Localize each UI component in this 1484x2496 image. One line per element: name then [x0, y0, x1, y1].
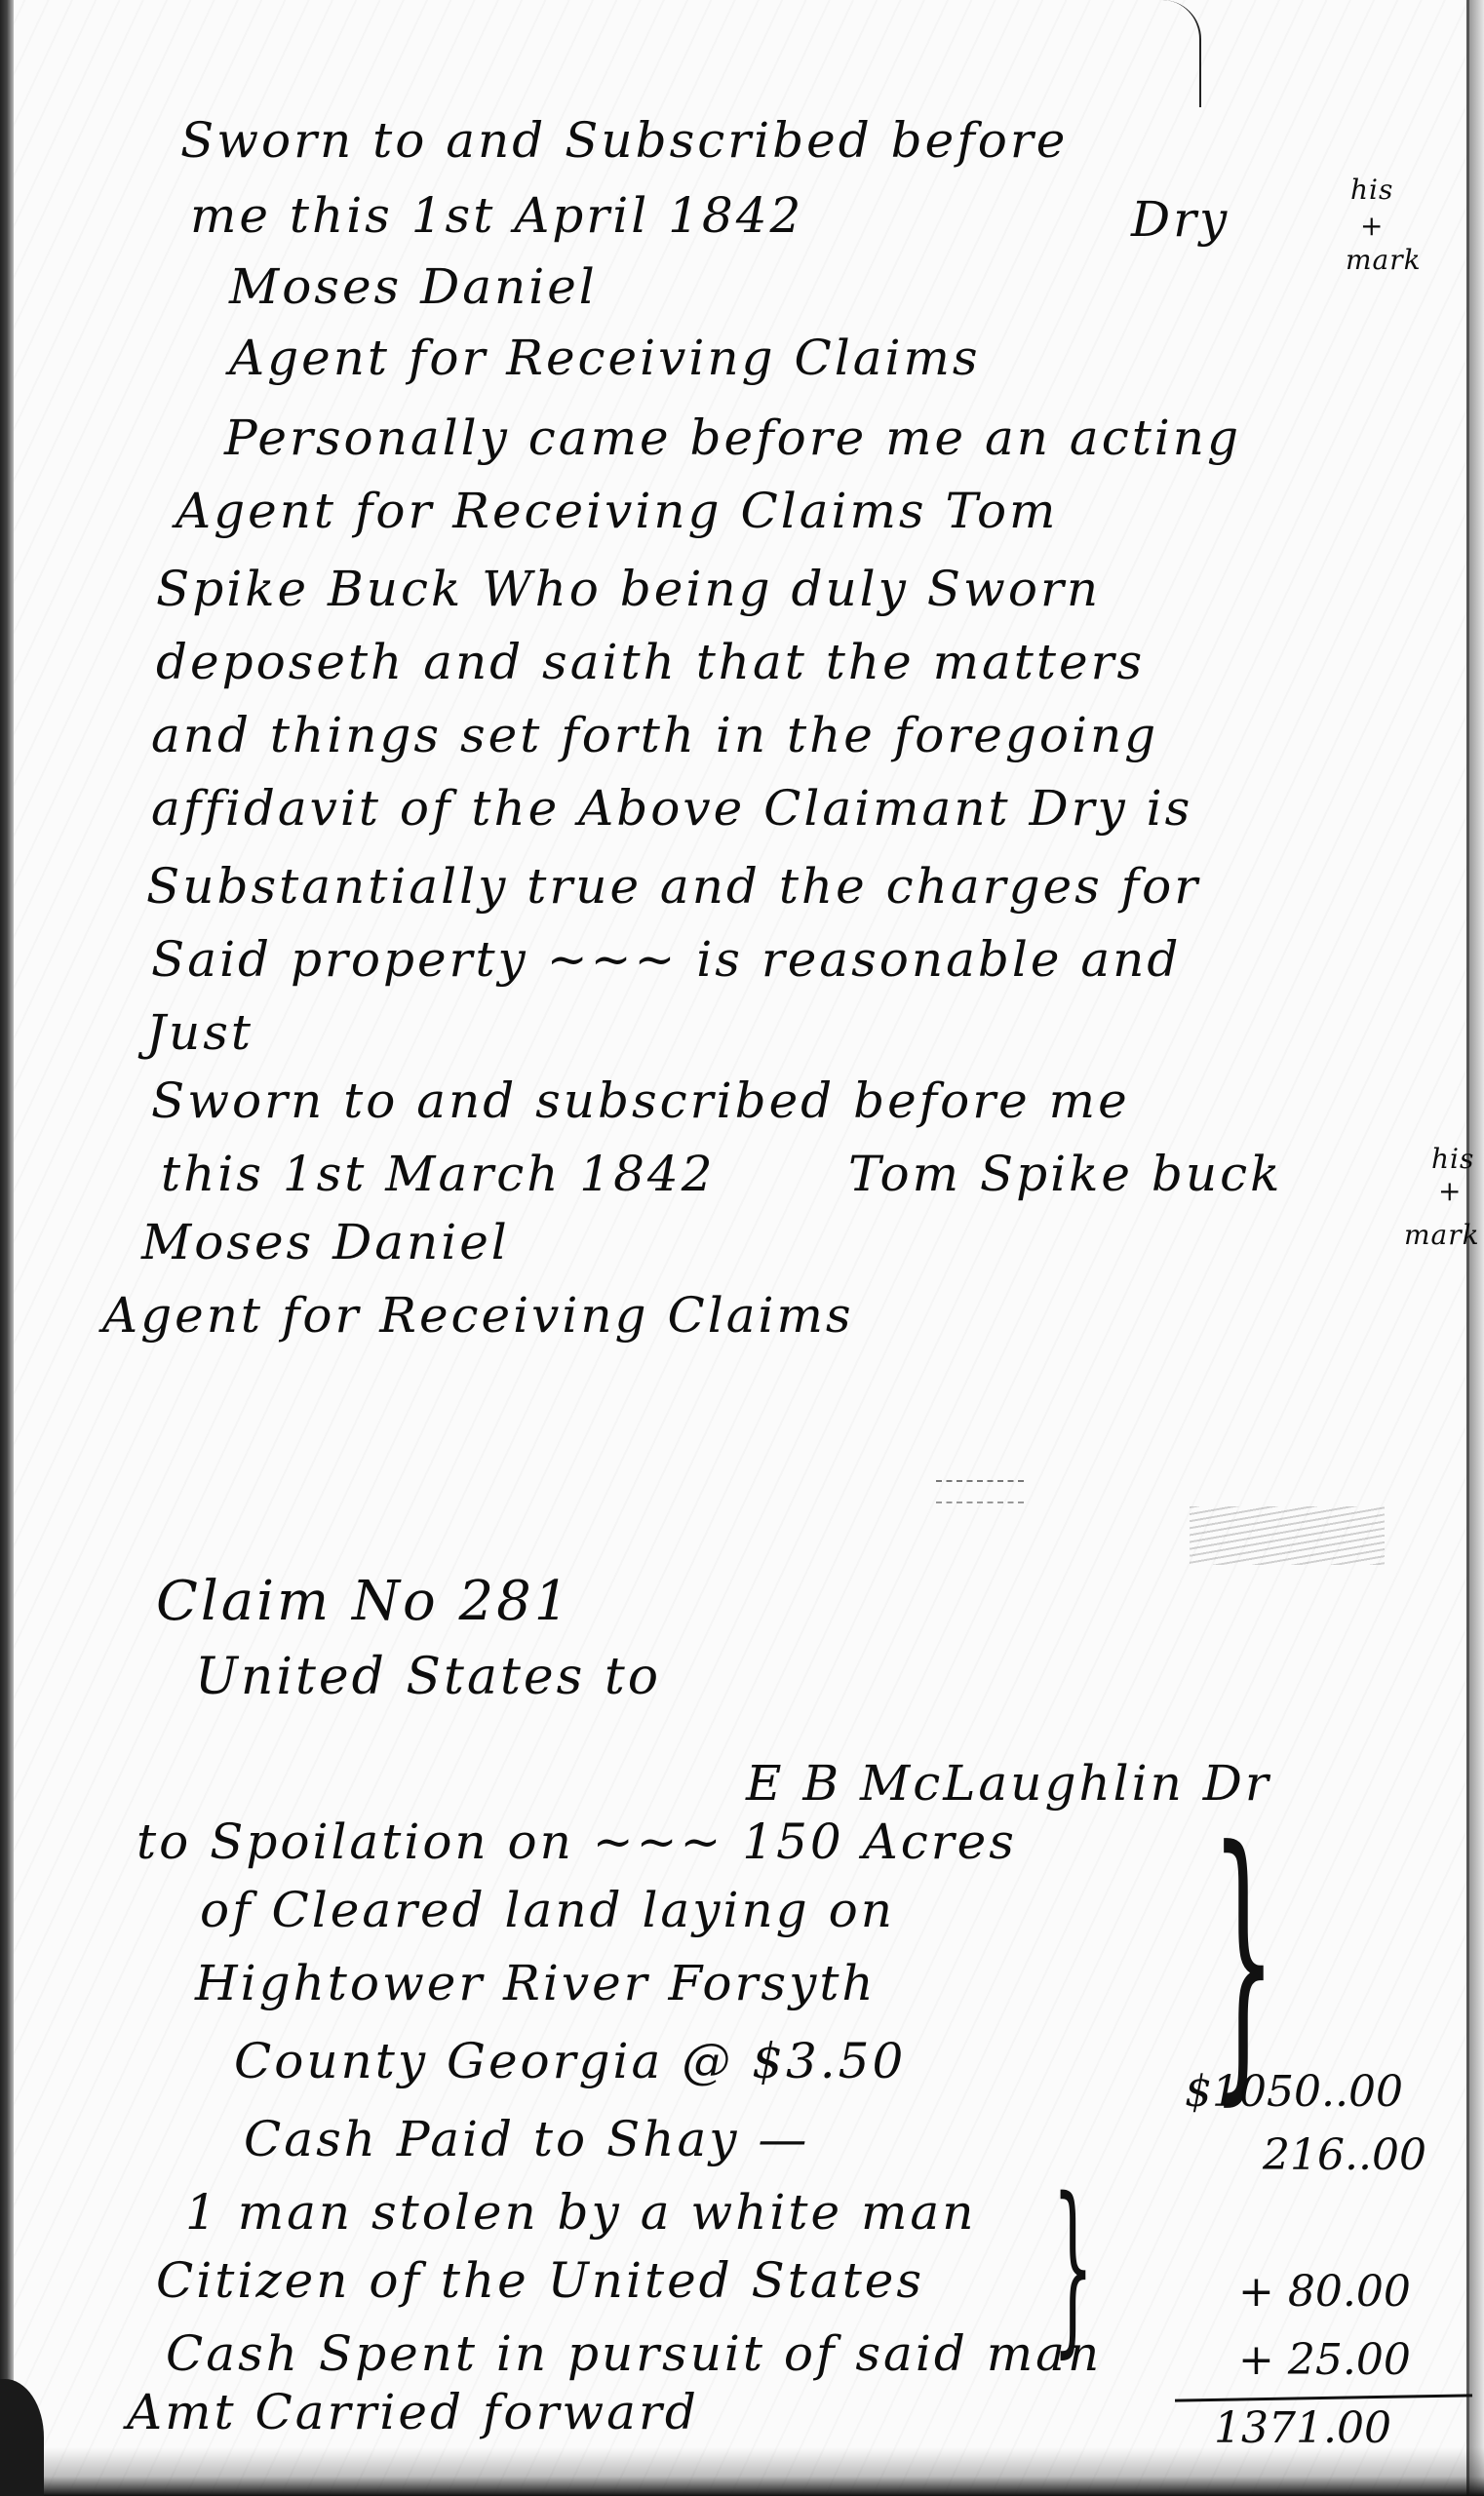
jurat-mark-label-his: his: [1431, 1143, 1474, 1175]
total-rule: [1175, 2394, 1472, 2401]
item-3-line-1: 1 man stolen by a white man: [185, 2184, 976, 2241]
item-3-line-2: Citizen of the United States: [156, 2252, 924, 2309]
item-4-amount: + 25.00: [1238, 2335, 1411, 2385]
pencil-annotation-curve: [1082, 0, 1201, 107]
affidavit-line-2: me this 1st April 1842: [190, 187, 803, 244]
jurat-line-2: this 1st March 1842: [161, 1146, 716, 1202]
item-1-line-1: to Spoilation on ~~~ 150 Acres: [137, 1813, 1017, 1870]
jurat-mark-label-mark: mark: [1404, 1219, 1480, 1251]
agent-line-8: Said property ~~~ is reasonable and: [151, 931, 1181, 988]
mark-label-mark: mark: [1346, 244, 1422, 276]
agent-line-4: deposeth and saith that the matters: [156, 634, 1145, 690]
claim-heading: Claim No 281: [156, 1570, 571, 1633]
affidavit-line-3: Moses Daniel: [229, 258, 598, 315]
agent-line-2: Agent for Receiving Claims Tom: [176, 483, 1058, 539]
item-1-amount: $1050..00: [1185, 2067, 1403, 2117]
claimant-name: E B McLaughlin Dr: [746, 1755, 1271, 1812]
page-corner-curl: [0, 2379, 44, 2496]
claim-parties: United States to: [195, 1648, 661, 1706]
divider-scribble: [936, 1480, 1024, 1503]
jurat-line-1: Sworn to and subscribed before me: [151, 1072, 1130, 1129]
item-1-line-3: Hightower River Forsyth: [195, 1955, 877, 2011]
page-bottom-shadow: [0, 2447, 1484, 2496]
item-1-line-4: County Georgia @ $3.50: [234, 2033, 906, 2089]
affidavit-signatory: Dry: [1131, 191, 1230, 248]
total-amount: 1371.00: [1214, 2403, 1391, 2453]
affidavit-line-4: Agent for Receiving Claims: [229, 330, 981, 386]
affidavit-line-1: Sworn to and Subscribed before: [180, 112, 1068, 169]
mark-cross-icon: +: [1360, 210, 1384, 242]
agent-line-6: affidavit of the Above Claimant Dry is: [151, 780, 1192, 837]
mark-label-his: his: [1350, 174, 1393, 206]
total-label: Amt Carried forward: [127, 2384, 699, 2440]
jurat-mark-cross-icon: +: [1438, 1175, 1462, 1207]
document-page: Sworn to and Subscribed before me this 1…: [0, 0, 1484, 2496]
jurat-signatory: Tom Spike buck: [848, 1146, 1282, 1202]
agent-line-1: Personally came before me an acting: [224, 409, 1241, 466]
item-2-amount: 216..00: [1263, 2130, 1426, 2180]
item-2-line-1: Cash Paid to Shay —: [244, 2111, 809, 2167]
ink-bleed-through: [1190, 1506, 1385, 1565]
agent-line-7: Substantially true and the charges for: [146, 858, 1200, 915]
agent-line-9: Just: [146, 1004, 254, 1061]
jurat-line-4: Agent for Receiving Claims: [102, 1287, 854, 1344]
brace-item-1: }: [1211, 1813, 1276, 2106]
item-4-line-1: Cash Spent in pursuit of said man: [166, 2325, 1102, 2382]
jurat-line-3: Moses Daniel: [141, 1214, 510, 1270]
page-binding-edge: [0, 0, 14, 2496]
item-3-amount: + 80.00: [1238, 2267, 1411, 2317]
item-1-line-2: of Cleared land laying on: [200, 1882, 895, 1938]
agent-line-3: Spike Buck Who being duly Sworn: [156, 561, 1101, 617]
agent-line-5: and things set forth in the foregoing: [151, 707, 1158, 763]
